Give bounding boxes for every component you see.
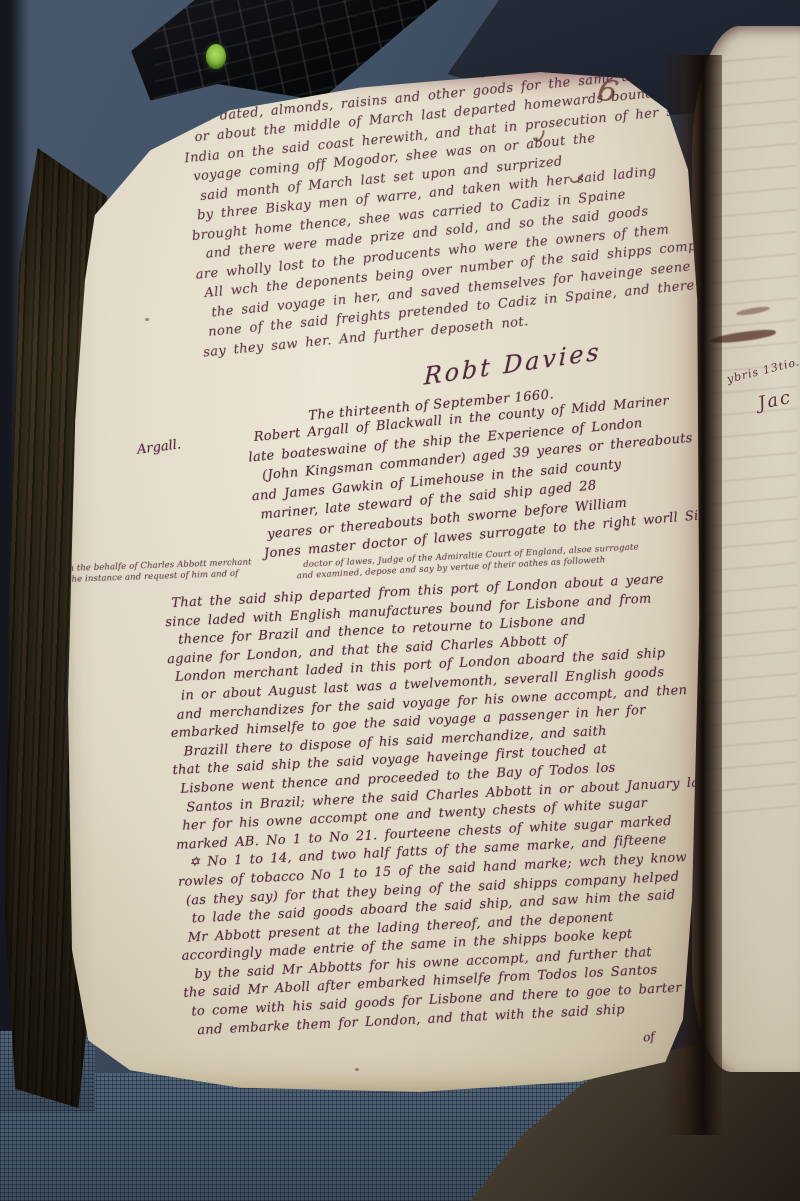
archive-photo-scene: ybris 13tio. Jac 6 delivered here of her… [0,0,800,1201]
ink-speck [145,318,149,321]
ink-speck [355,1068,359,1071]
catchword: of [642,1029,655,1044]
manuscript-page: 6 delivered here of her said outwards ca… [55,68,707,1098]
green-sticker [206,44,226,69]
